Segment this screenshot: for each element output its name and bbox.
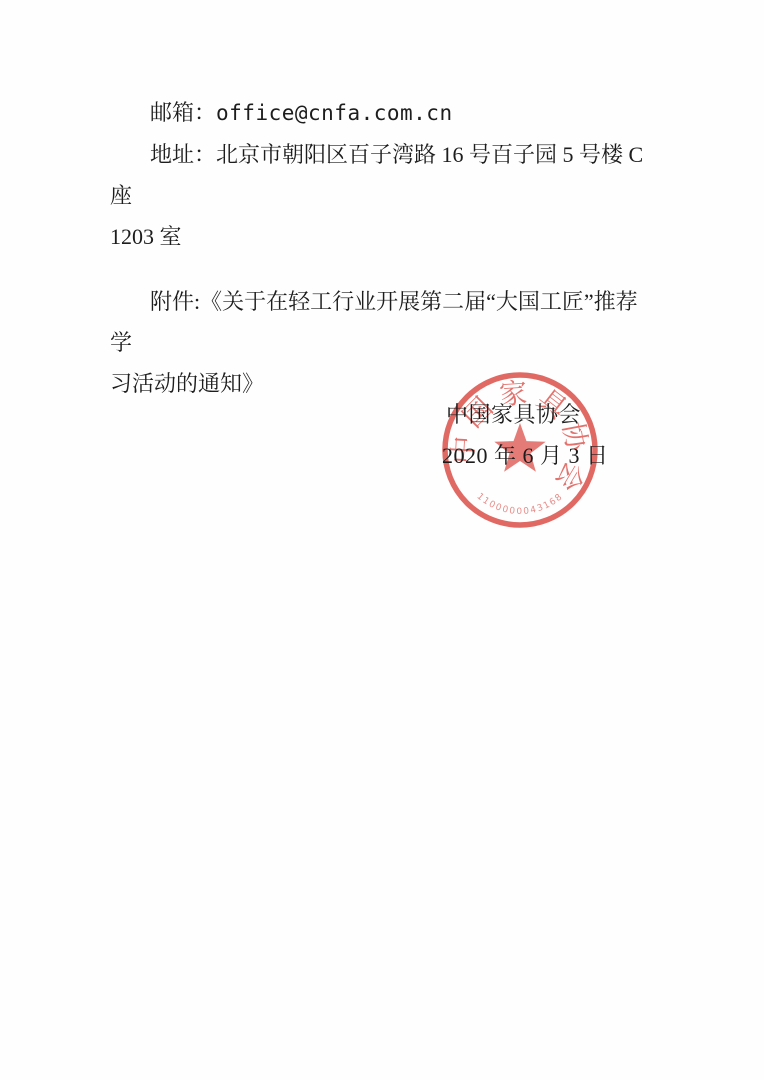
seal-code-text: 1100000043168 — [475, 492, 566, 517]
contact-address-line-2: 1203 室 — [110, 216, 658, 257]
attachment-line-1: 附件:《关于在轻工行业开展第二届“大国工匠”推荐学 — [110, 281, 658, 363]
contact-email-line: 邮箱：office@cnfa.com.cn — [110, 92, 658, 134]
email-label: 邮箱： — [150, 100, 216, 125]
email-value: office@cnfa.com.cn — [216, 101, 453, 125]
document-page: 邮箱：office@cnfa.com.cn 地址：北京市朝阳区百子湾路 16 号… — [0, 0, 764, 1080]
letter-body: 邮箱：office@cnfa.com.cn 地址：北京市朝阳区百子湾路 16 号… — [110, 92, 658, 404]
seal-code: 1100000043168 — [475, 492, 566, 517]
signature-org: 中国家具协会 — [446, 404, 581, 426]
contact-address-line-1: 地址：北京市朝阳区百子湾路 16 号百子园 5 号楼 C 座 — [110, 134, 658, 216]
signature-date: 2020 年 6 月 3 日 — [442, 445, 609, 467]
